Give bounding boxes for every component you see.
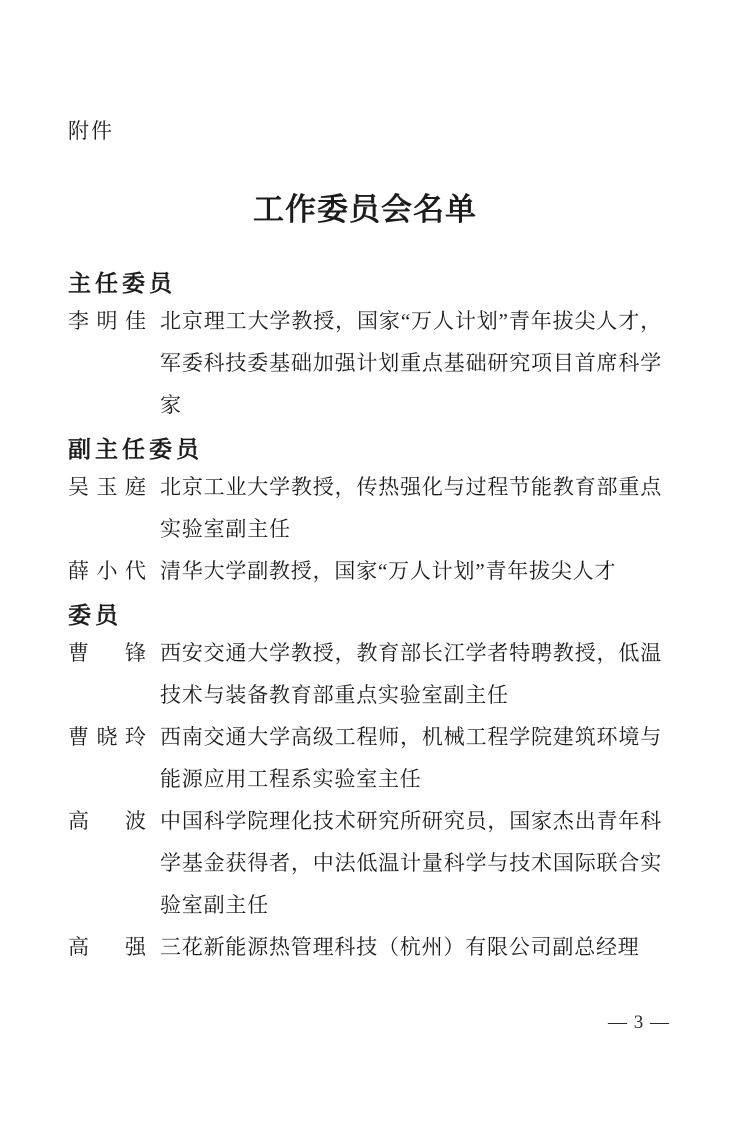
member-row: 吴玉庭 北京工业大学教授，传热强化与过程节能教育部重点实验室副主任 [68, 466, 662, 550]
member-description: 西南交通大学高级工程师，机械工程学院建筑环境与能源应用工程系实验室主任 [160, 716, 662, 800]
document-title: 工作委员会名单 [68, 188, 662, 232]
member-name: 高波 [68, 800, 146, 842]
member-name: 高强 [68, 926, 146, 968]
member-row: 高强 三花新能源热管理科技（杭州）有限公司副总经理 [68, 926, 662, 968]
member-row: 李明佳 北京理工大学教授，国家“万人计划”青年拔尖人才，军委科技委基础加强计划重… [68, 300, 662, 426]
section-heading-members: 委员 [68, 598, 662, 632]
member-description: 中国科学院理化技术研究所研究员，国家杰出青年科学基金获得者，中法低温计量科学与技… [160, 800, 662, 926]
member-name: 薛小代 [68, 550, 146, 592]
section-heading-deputy-director: 副主任委员 [68, 432, 662, 466]
member-name: 曹锋 [68, 632, 146, 674]
member-name: 李明佳 [68, 300, 146, 342]
member-description: 三花新能源热管理科技（杭州）有限公司副总经理 [160, 926, 662, 968]
member-name: 吴玉庭 [68, 466, 146, 508]
member-description: 北京理工大学教授，国家“万人计划”青年拔尖人才，军委科技委基础加强计划重点基础研… [160, 300, 662, 426]
member-description: 清华大学副教授，国家“万人计划”青年拔尖人才 [160, 550, 662, 592]
member-description: 西安交通大学教授，教育部长江学者特聘教授，低温技术与装备教育部重点实验室副主任 [160, 632, 662, 716]
section-heading-director: 主任委员 [68, 266, 662, 300]
document-page: 附件 工作委员会名单 主任委员 李明佳 北京理工大学教授，国家“万人计划”青年拔… [0, 0, 750, 1144]
page-number: — 3 — [608, 1012, 670, 1034]
member-row: 薛小代 清华大学副教授，国家“万人计划”青年拔尖人才 [68, 550, 662, 592]
attachment-label: 附件 [68, 118, 662, 146]
member-row: 曹锋 西安交通大学教授，教育部长江学者特聘教授，低温技术与装备教育部重点实验室副… [68, 632, 662, 716]
member-description: 北京工业大学教授，传热强化与过程节能教育部重点实验室副主任 [160, 466, 662, 550]
member-row: 高波 中国科学院理化技术研究所研究员，国家杰出青年科学基金获得者，中法低温计量科… [68, 800, 662, 926]
member-row: 曹晓玲 西南交通大学高级工程师，机械工程学院建筑环境与能源应用工程系实验室主任 [68, 716, 662, 800]
member-name: 曹晓玲 [68, 716, 146, 758]
